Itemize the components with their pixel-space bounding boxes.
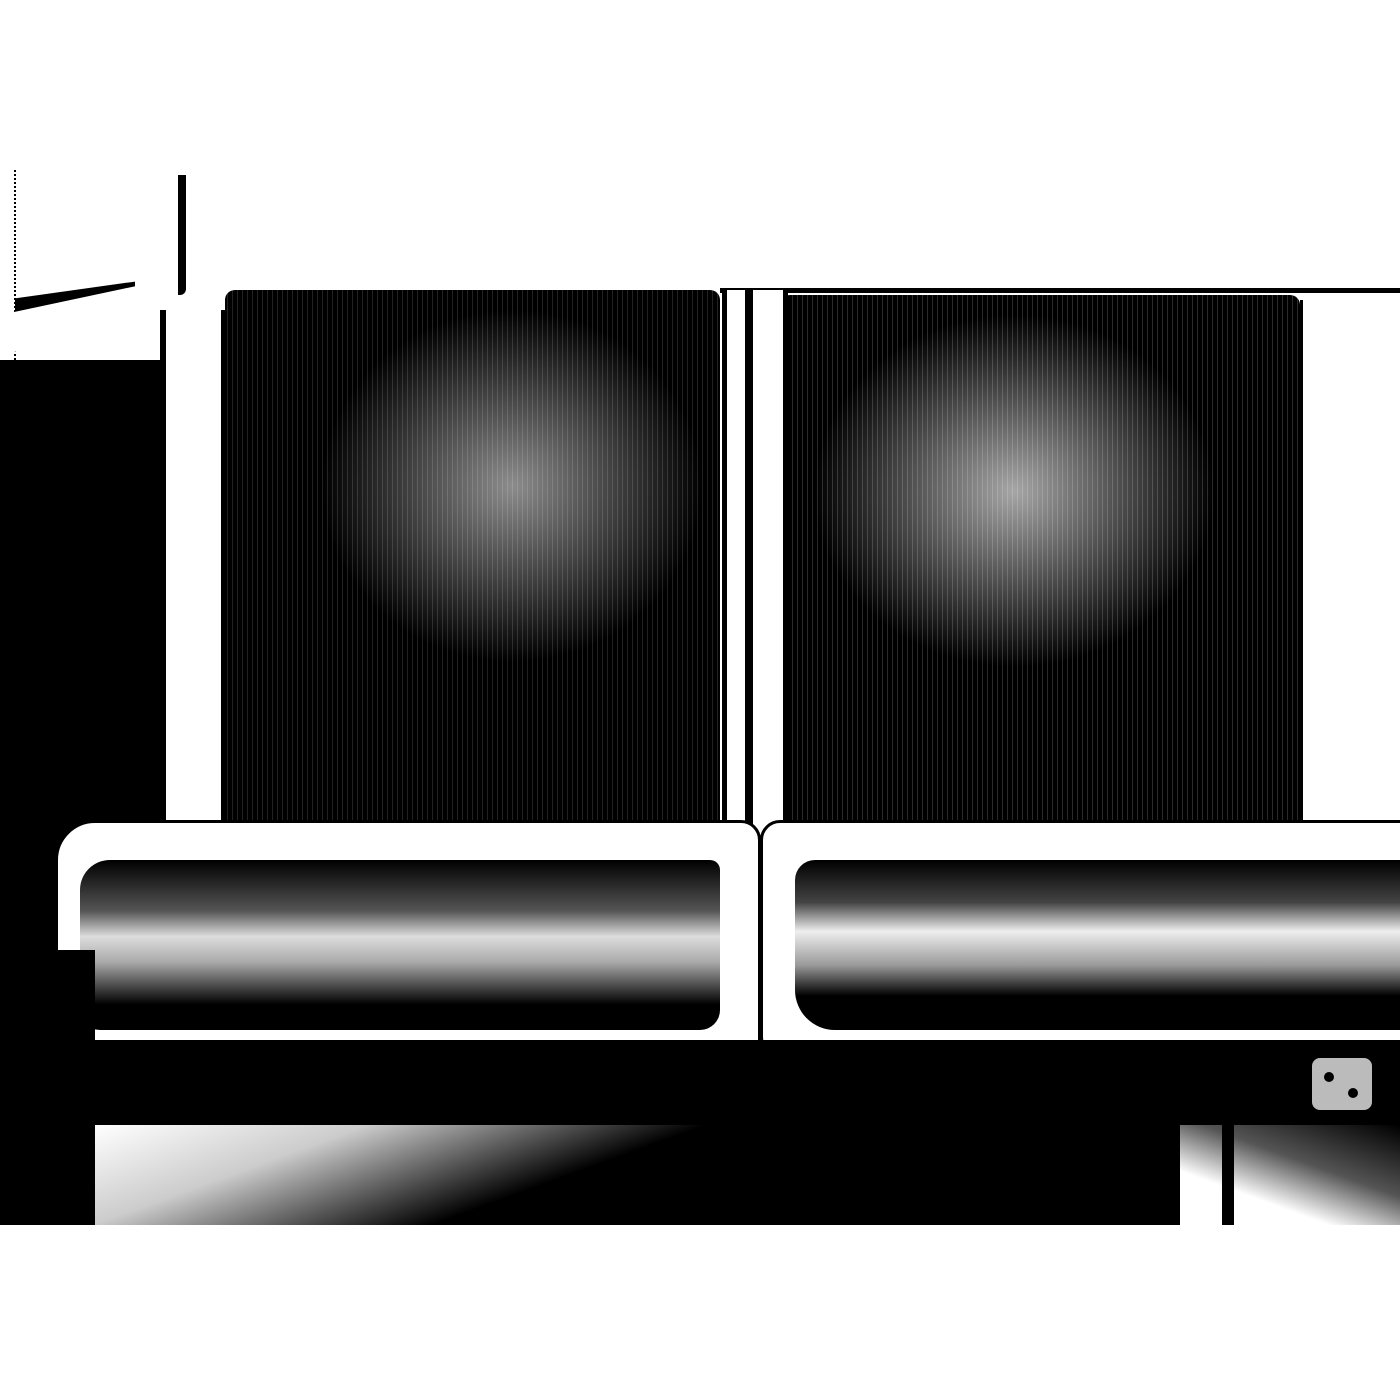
- grab-pole: [178, 175, 186, 295]
- floor-right: [1180, 1125, 1400, 1225]
- bolt-icon: [1324, 1072, 1334, 1082]
- seat-leg: [1222, 1125, 1234, 1225]
- floor-shadow: [95, 1125, 1180, 1225]
- left-leg: [10, 950, 95, 1225]
- left-seat-cushion: [80, 860, 720, 1030]
- bolt-icon: [1348, 1088, 1358, 1098]
- seat-base-bar: [60, 1040, 1400, 1125]
- left-seat-back: [225, 290, 720, 850]
- seat-frame-left: [160, 310, 227, 830]
- right-seat-cushion: [795, 860, 1400, 1030]
- bracket-plate: [1312, 1058, 1372, 1110]
- right-wall-edge: [1300, 300, 1400, 860]
- back-ledge: [720, 288, 1400, 293]
- right-seat-back: [780, 295, 1300, 855]
- seats-photo: [0, 170, 1400, 1225]
